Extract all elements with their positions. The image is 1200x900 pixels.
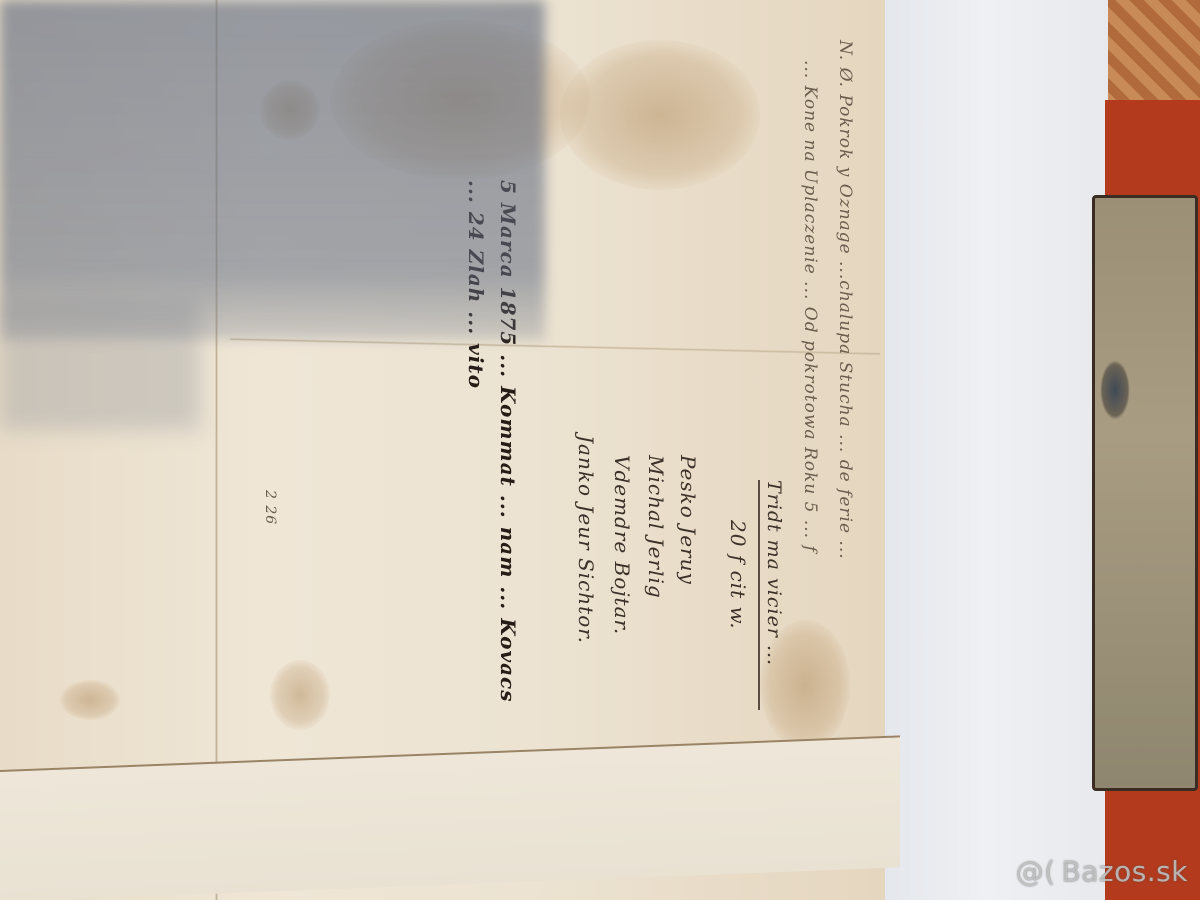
rug-motif [1100, 360, 1130, 420]
handwriting-line: Janko Jeur Sichtor. [574, 435, 598, 644]
woven-rug [1092, 195, 1198, 791]
photo-scene: N. Ø. Pokrok y Oznage ...chalupa Stucha … [0, 0, 1200, 900]
water-stain [60, 680, 120, 720]
handwriting-line: Vdemdre Bojtar. [610, 455, 634, 635]
water-stain [270, 660, 330, 730]
watermark-text: Bazos.sk [1062, 855, 1189, 888]
underline-stroke [758, 480, 760, 710]
handwriting-line: 20 f cit w. [726, 520, 750, 630]
handwriting-line: Pesko Jeruy [676, 455, 700, 585]
margin-number: 2 26 [262, 490, 278, 525]
handwriting-line: ... Kone na Uplaczenie ... Od pokrotowa … [800, 60, 820, 553]
shadow-fade [0, 300, 200, 430]
bazos-watermark: @(Bazos.sk [1016, 855, 1188, 888]
handwriting-line: Michal Jerlig [644, 455, 668, 599]
handwriting-line: Tridt ma vicier ... [763, 480, 785, 666]
handwriting-line: N. Ø. Pokrok y Oznage ...chalupa Stucha … [835, 40, 855, 560]
watermark-logo-icon: @( [1016, 855, 1056, 888]
water-stain [560, 40, 760, 190]
hand-shadow [0, 0, 545, 340]
